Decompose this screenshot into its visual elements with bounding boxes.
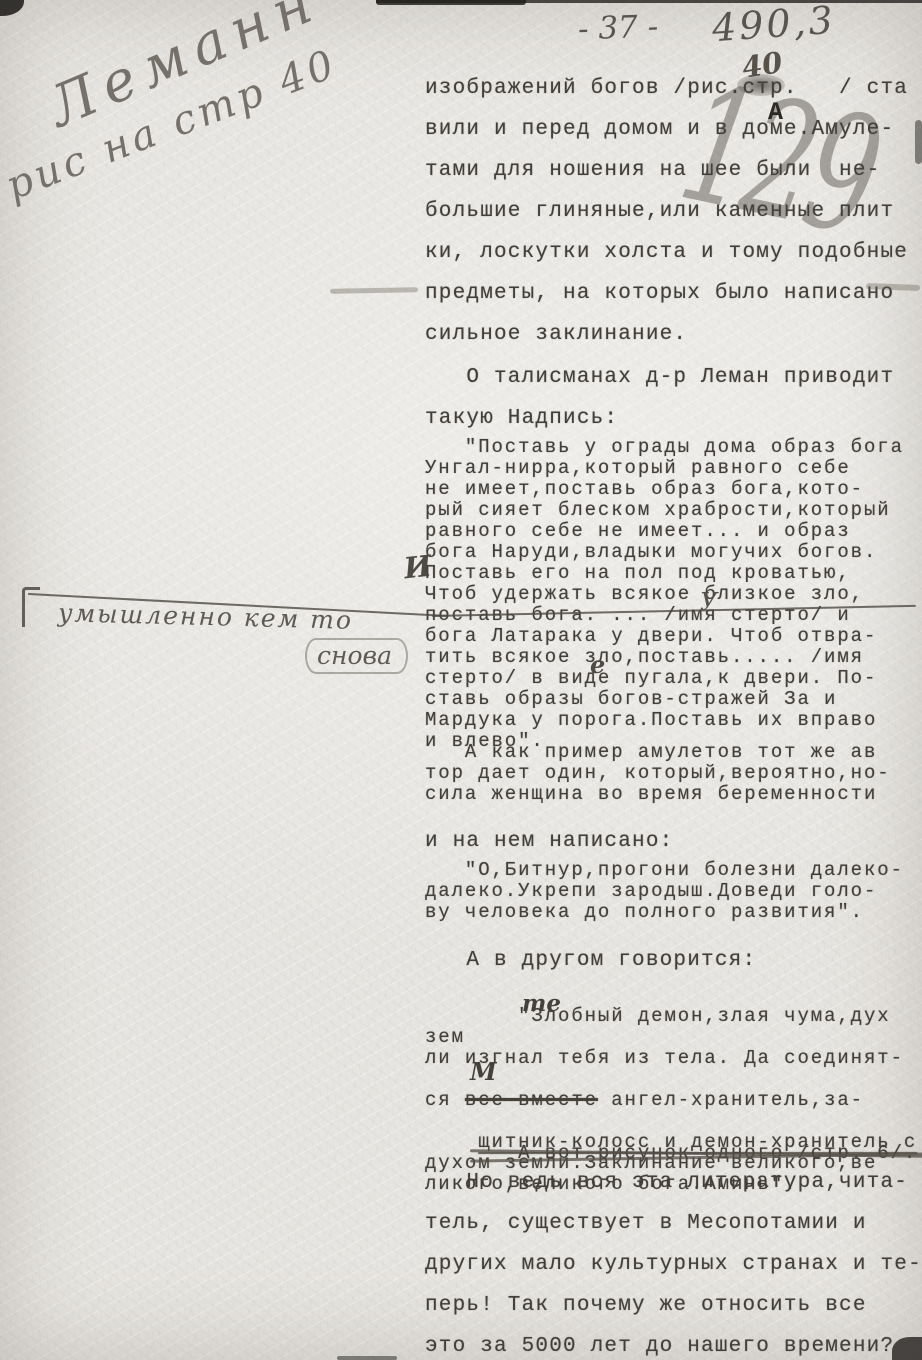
quote-demon-prefix: ся (425, 1089, 465, 1111)
struck-sentence-text: А вот рисунок одного /стр. 6/. (478, 1142, 917, 1164)
typed-paragraph-talismans: О талисманах д-р Леман приводит такую На… (425, 357, 894, 439)
quote-demon-suffix: ангел-хранитель,за- (598, 1089, 864, 1111)
pencil-strike-overlay: А вот рисунок одного /стр. 6/. (478, 1143, 917, 1164)
typed-paragraph-amulets: изображений богов /рис.стр. / ста вили и… (425, 68, 908, 355)
correction-mark-u: У (700, 588, 717, 616)
snova-box: снова (305, 638, 408, 674)
scan-artifact-corner-top-left (0, 0, 24, 16)
typed-paragraph-written-on-it: и на нем написано: (425, 821, 673, 862)
scan-artifact-bottom-edge (337, 1356, 397, 1360)
handwritten-margin-note: умышленно кем то (58, 598, 354, 635)
pencil-smudge-left-of-predmety (330, 287, 418, 294)
correction-mark-e: е (590, 650, 605, 679)
struck-words-vse-vmeste: все вместе (465, 1089, 598, 1111)
correction-mark-m: М (470, 1057, 497, 1086)
typed-paragraph-another-says: А в другом говорится: (425, 940, 756, 981)
correction-mark-before-postav: И (402, 549, 433, 586)
typed-quote-bitnur: "О,Битнур,прогони болезни далеко- далеко… (425, 860, 904, 923)
quote-demon-line-with-strike: ся все вместе ангел-хранитель,за- (425, 1090, 922, 1111)
file-number: 490,3 (711, 0, 838, 50)
typed-quote-inscription: "Поставь у ограды дома образ бога Унгал-… (425, 437, 904, 752)
correction-mark-te: те (522, 990, 561, 1017)
page-number: - 37 - (577, 9, 658, 48)
scan-artifact-right-edge (915, 120, 922, 164)
typed-paragraph-conclusion: Но ведь вся эта литература,чита- тель, с… (425, 1162, 922, 1360)
scanned-typescript-page: - 37 - 490,3 Леманн рис на стр 40 129 40… (0, 0, 922, 1360)
handwritten-snova-note: снова (305, 641, 408, 670)
scan-artifact-top-edge-thick (376, 0, 526, 5)
typed-paragraph-amulet-example: А как пример амулетов тот же ав тор дает… (425, 742, 891, 805)
